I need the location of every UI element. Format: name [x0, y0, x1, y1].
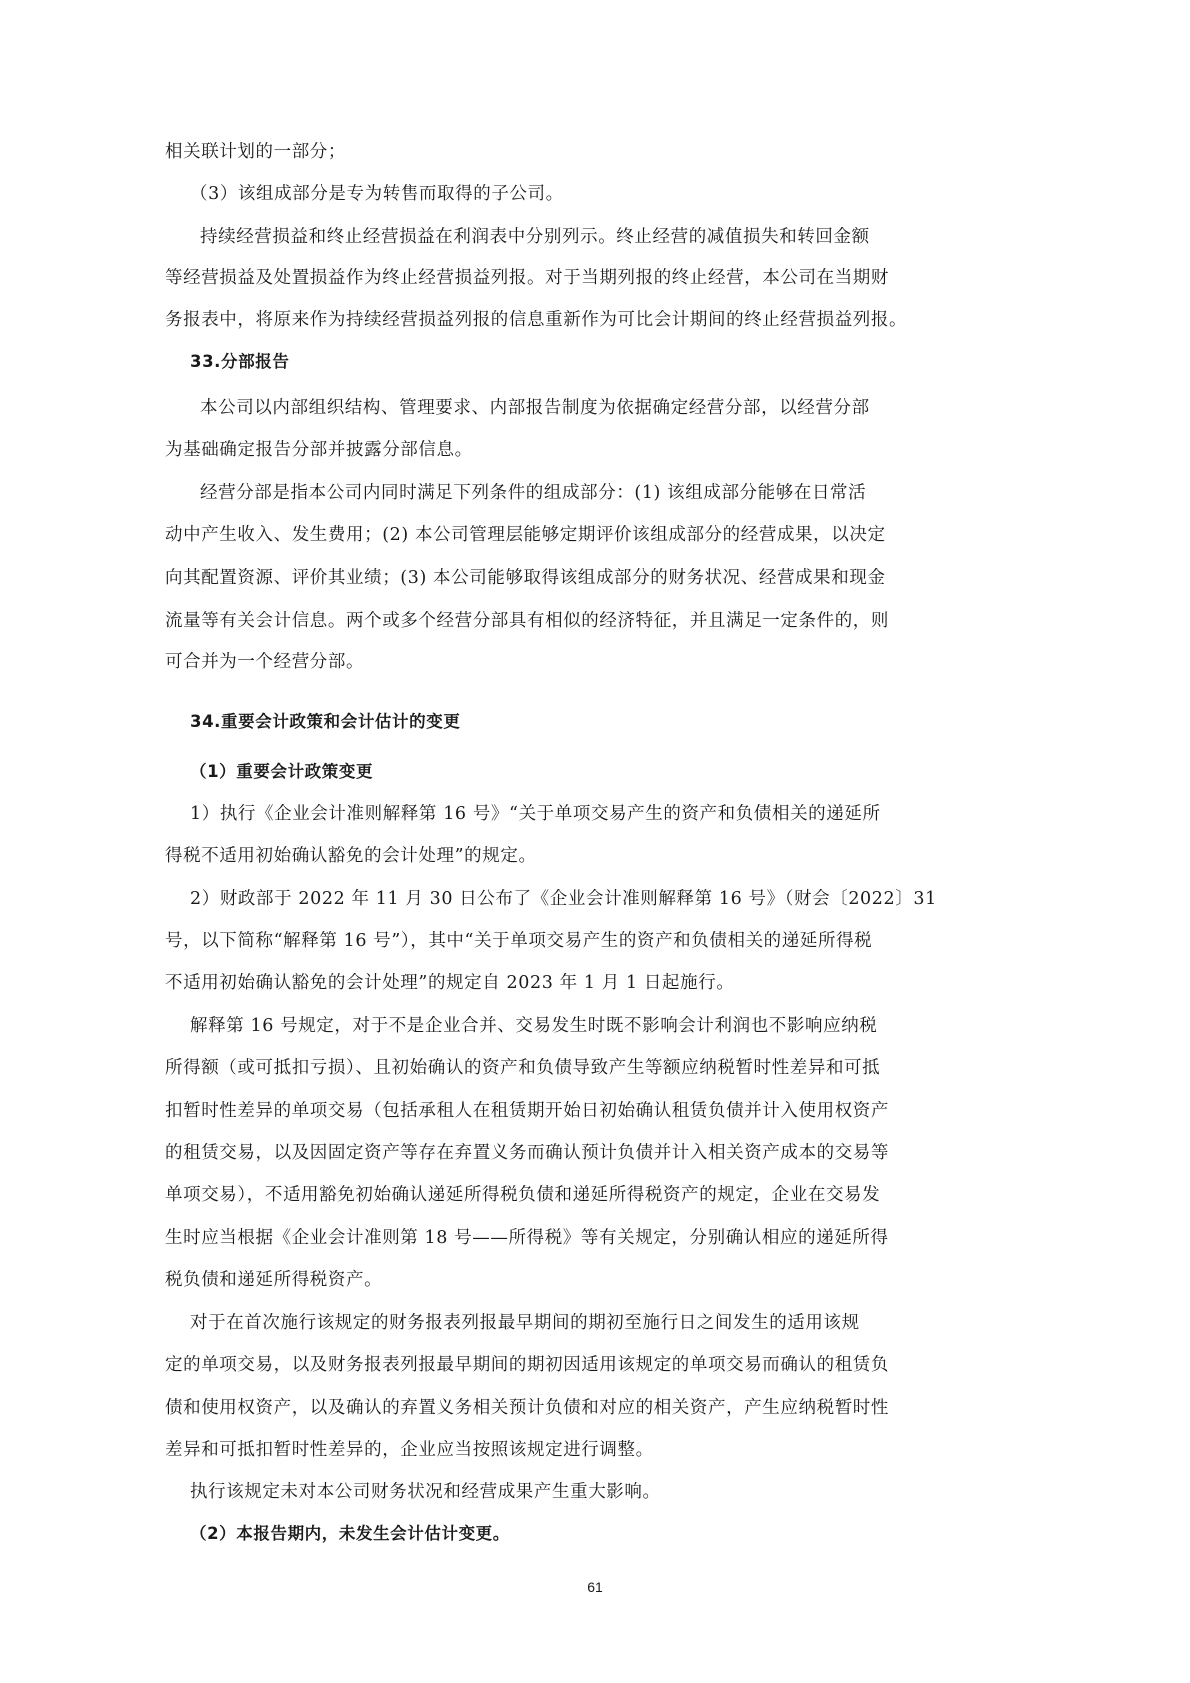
text-line-30: 差异和可抵扣暂时性差异的，企业应当按照该规定进行调整。	[165, 1438, 654, 1462]
paragraph-segment-basis: 本公司以内部组织结构、管理要求、内部报告制度为依据确定经营分部，以经营分部	[200, 396, 870, 420]
text-line-23: 的租赁交易，以及因固定资产等存在弃置义务而确认预计负债并计入相关资产成本的交易等	[165, 1141, 889, 1165]
text-line-0: 相关联计划的一部分；	[165, 140, 346, 164]
text-line-12: 可合并为一个经营分部。	[165, 650, 364, 674]
text-line-26: 税负债和递延所得税资产。	[165, 1268, 382, 1292]
page-number: 61	[0, 1579, 1190, 1595]
text-line-18: 号，以下简称“解释第 16 号”），其中“关于单项交易产生的资产和负债相关的递延…	[165, 929, 872, 953]
paragraph-transition: 对于在首次施行该规定的财务报表列报最早期间的期初至施行日之间发生的适用该规	[190, 1311, 860, 1335]
text-line-28: 定的单项交易，以及财务报表列报最早期间的期初因适用该规定的单项交易而确认的租赁负	[165, 1353, 889, 1377]
text-line-9: 动中产生收入、发生费用；(2) 本公司管理层能够定期评价该组成部分的经营成果，以…	[165, 523, 886, 547]
paragraph-interpretation-16: 解释第 16 号规定，对于不是企业合并、交易发生时既不影响会计利润也不影响应纳税	[190, 1014, 877, 1038]
list-item-3: （3）该组成部分是专为转售而取得的子公司。	[190, 182, 564, 206]
subsection-heading-estimate-change: （2）本报告期内，未发生会计估计变更。	[190, 1522, 510, 1546]
paragraph-segment-definition: 经营分部是指本公司内同时满足下列条件的组成部分：(1) 该组成部分能够在日常活	[200, 481, 866, 505]
text-line-25: 生时应当根据《企业会计准则第 18 号——所得税》等有关规定，分别确认相应的递延…	[165, 1226, 889, 1250]
text-line-11: 流量等有关会计信息。两个或多个经营分部具有相似的经济特征，并且满足一定条件的，则	[165, 609, 889, 633]
text-line-29: 债和使用权资产，以及确认的弃置义务相关预计负债和对应的相关资产，产生应纳税暂时性	[165, 1396, 889, 1420]
paragraph-item-1: 1）执行《企业会计准则解释第 16 号》“关于单项交易产生的资产和负债相关的递延…	[190, 802, 881, 826]
paragraph-item-2: 2）财政部于 2022 年 11 月 30 日公布了《企业会计准则解释第 16 …	[190, 887, 937, 911]
text-line-7: 为基础确定报告分部并披露分部信息。	[165, 438, 473, 462]
text-line-3: 等经营损益及处置损益作为终止经营损益列报。对于当期列报的终止经营，本公司在当期财	[165, 266, 889, 290]
text-line-10: 向其配置资源、评价其业绩；(3) 本公司能够取得该组成部分的财务状况、经营成果和…	[165, 566, 886, 590]
text-line-16: 得税不适用初始确认豁免的会计处理”的规定。	[165, 844, 537, 868]
paragraph-impact: 执行该规定未对本公司财务状况和经营成果产生重大影响。	[190, 1480, 661, 1504]
subsection-heading-policy-change: （1）重要会计政策变更	[190, 760, 373, 784]
section-heading-33: 33.分部报告	[190, 350, 289, 374]
text-line-22: 扣暂时性差异的单项交易（包括承租人在租赁期开始日初始确认租赁负债并计入使用权资产	[165, 1099, 889, 1123]
text-line-24: 单项交易），不适用豁免初始确认递延所得税负债和递延所得税资产的规定，企业在交易发	[165, 1183, 880, 1207]
paragraph-continuing-ops: 持续经营损益和终止经营损益在利润表中分别列示。终止经营的减值损失和转回金额	[200, 225, 870, 249]
text-line-4: 务报表中，将原来作为持续经营损益列报的信息重新作为可比会计期间的终止经营损益列报…	[165, 308, 907, 332]
section-heading-34: 34.重要会计政策和会计估计的变更	[190, 710, 460, 734]
text-line-19: 不适用初始确认豁免的会计处理”的规定自 2023 年 1 月 1 日起施行。	[165, 971, 734, 995]
text-line-21: 所得额（或可抵扣亏损）、且初始确认的资产和负债导致产生等额应纳税暂时性差异和可抵	[165, 1056, 880, 1080]
